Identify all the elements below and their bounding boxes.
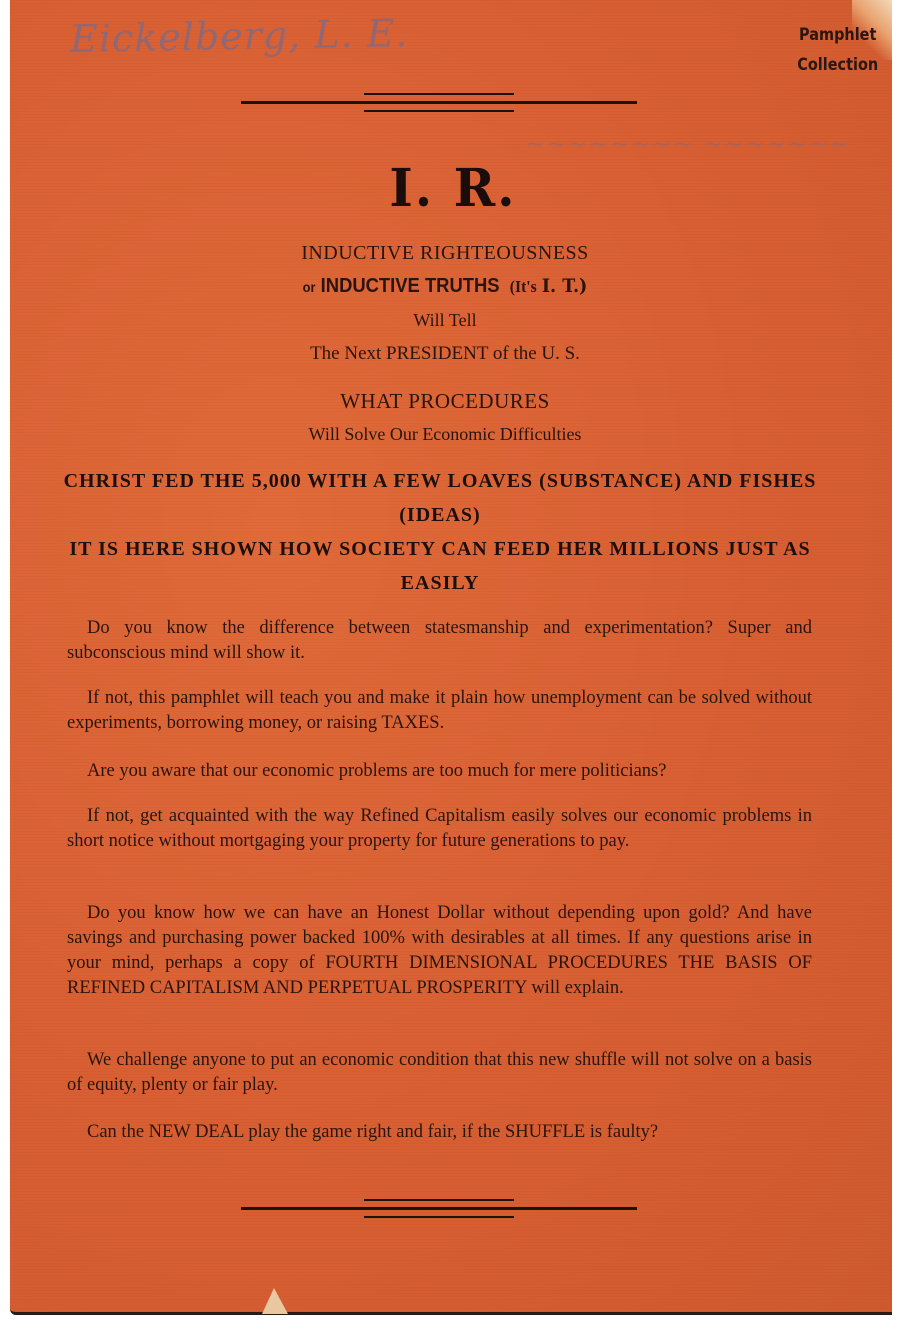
page-title: I. R. <box>0 157 906 219</box>
subtitle-its: (It's <box>510 277 537 296</box>
stamp-line-1: Pamphlet <box>797 20 878 50</box>
rule-thin-bottom-2 <box>364 1216 514 1218</box>
subtitle-or: or <box>303 279 316 295</box>
rule-thin-top-2 <box>364 110 514 112</box>
handwritten-note: ~~~~~~~~ ~~~~~~~ <box>525 130 850 158</box>
paragraph-text: Can the NEW DEAL play the game right and… <box>67 1120 812 1145</box>
subtitle-line-2: or INDUCTIVE TRUTHS (It's I. T.) <box>36 275 855 298</box>
subtitle-it-abbrev: I. T.) <box>542 275 587 297</box>
rule-thin-bottom <box>364 1199 514 1201</box>
subtitle-line-6: Will Solve Our Economic Difficulties <box>0 424 890 445</box>
torn-edge <box>262 1288 288 1314</box>
paragraph: Do you know the difference between state… <box>67 616 812 666</box>
paragraph-text: Are you aware that our economic problems… <box>67 759 812 784</box>
rule-thin-top <box>364 93 514 95</box>
paragraph: If not, get acquainted with the way Refi… <box>67 804 812 854</box>
subtitle-inductive-truths: INDUCTIVE TRUTHS <box>321 275 500 297</box>
library-stamp: Pamphlet Collection <box>797 20 878 80</box>
paragraph-text: If not, this pamphlet will teach you and… <box>67 686 812 736</box>
paragraph-text: Do you know the difference between state… <box>67 616 812 666</box>
subtitle-line-1: INDUCTIVE RIGHTEOUSNESS <box>0 242 890 265</box>
stamp-line-2: Collection <box>797 50 878 80</box>
paragraph: If not, this pamphlet will teach you and… <box>67 686 812 736</box>
subtitle-line-3: Will Tell <box>0 310 890 331</box>
paragraph: Are you aware that our economic problems… <box>67 759 812 784</box>
paragraph-text: We challenge anyone to put an economic c… <box>67 1048 812 1098</box>
paragraph: Do you know how we can have an Honest Do… <box>67 901 812 1001</box>
headline-part-1: CHRIST FED THE 5,000 WITH A FEW LOAVES (… <box>60 464 820 532</box>
headline-part-2: IT IS HERE SHOWN HOW SOCIETY CAN FEED HE… <box>60 532 820 600</box>
subtitle-line-5: WHAT PROCEDURES <box>0 389 890 414</box>
subtitle-line-4: The Next PRESIDENT of the U. S. <box>0 343 890 365</box>
paragraph: We challenge anyone to put an economic c… <box>67 1048 812 1098</box>
paragraph-text: Do you know how we can have an Honest Do… <box>67 901 812 1001</box>
paragraph-text: If not, get acquainted with the way Refi… <box>67 804 812 854</box>
paragraph: Can the NEW DEAL play the game right and… <box>67 1120 812 1145</box>
handwritten-author-name: Eickelberg, L. E. <box>70 11 409 61</box>
rule-thick-top <box>241 101 637 104</box>
rule-thick-bottom <box>241 1207 637 1210</box>
